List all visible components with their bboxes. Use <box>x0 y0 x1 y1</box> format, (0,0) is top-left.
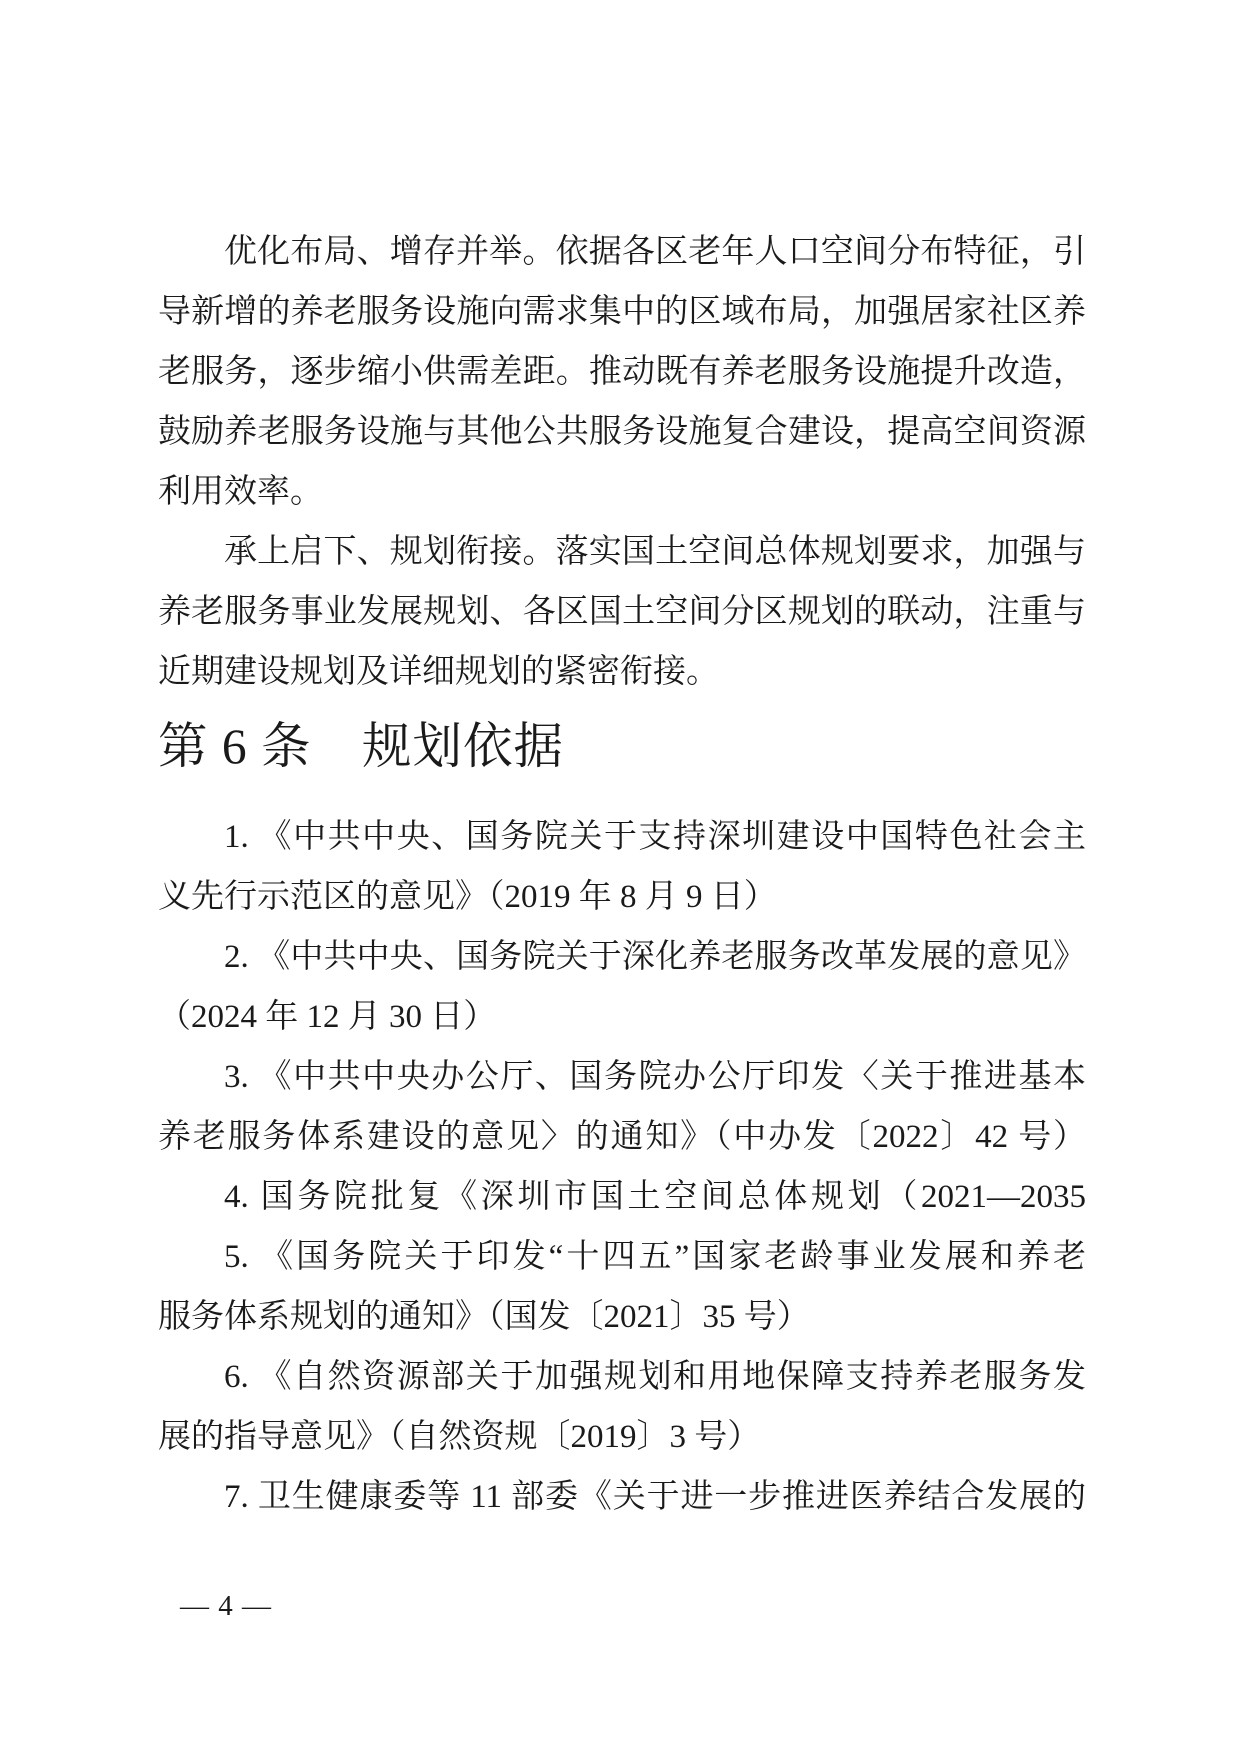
list-item-line: 义先行示范区的意见》（2019 年 8 月 9 日） <box>158 867 1086 927</box>
list-item: 1. 《中共中央、国务院关于支持深圳建设中国特色社会主 义先行示范区的意见》（2… <box>158 807 1086 927</box>
paragraph-plan-connection: 承上启下、规划衔接。落实国土空间总体规划要求，加强与 养老服务事业发展规划、各区… <box>158 522 1086 702</box>
list-item: 2. 《中共中央、国务院关于深化养老服务改革发展的意见》 （2024 年 12 … <box>158 927 1086 1047</box>
body-line: 优化布局、增存并举。依据各区老年人口空间分布特征，引 <box>158 222 1086 282</box>
list-item-line: 养老服务体系建设的意见〉的通知》（中办发〔2022〕42 号） <box>158 1107 1086 1167</box>
list-item: 4. 国务院批复《深圳市国土空间总体规划（2021—2035 年）》 <box>158 1167 1086 1227</box>
body-line: 利用效率。 <box>158 462 1086 522</box>
body-line: 导新增的养老服务设施向需求集中的区域布局，加强居家社区养 <box>158 282 1086 342</box>
list-item-line: 6. 《自然资源部关于加强规划和用地保障支持养老服务发 <box>158 1347 1086 1407</box>
body-line: 承上启下、规划衔接。落实国土空间总体规划要求，加强与 <box>158 522 1086 582</box>
legal-basis-list: 1. 《中共中央、国务院关于支持深圳建设中国特色社会主 义先行示范区的意见》（2… <box>158 807 1086 1527</box>
paragraph-optimize-layout: 优化布局、增存并举。依据各区老年人口空间分布特征，引 导新增的养老服务设施向需求… <box>158 222 1086 522</box>
section-heading-article-6: 第 6 条 规划依据 <box>158 717 1086 777</box>
list-item-line: 4. 国务院批复《深圳市国土空间总体规划（2021—2035 年）》 <box>158 1167 1086 1227</box>
list-item-line: 服务体系规划的通知》（国发〔2021〕35 号） <box>158 1287 1086 1347</box>
list-item-line: 5. 《国务院关于印发“十四五”国家老龄事业发展和养老 <box>158 1227 1086 1287</box>
body-line: 鼓励养老服务设施与其他公共服务设施复合建设，提高空间资源 <box>158 402 1086 462</box>
page-number: — 4 — <box>180 1586 272 1626</box>
body-line: 养老服务事业发展规划、各区国土空间分区规划的联动，注重与 <box>158 582 1086 642</box>
document-page: 优化布局、增存并举。依据各区老年人口空间分布特征，引 导新增的养老服务设施向需求… <box>0 0 1241 1754</box>
list-item-line: 3. 《中共中央办公厅、国务院办公厅印发〈关于推进基本 <box>158 1047 1086 1107</box>
list-item-line: （2024 年 12 月 30 日） <box>158 987 1086 1047</box>
body-line: 老服务，逐步缩小供需差距。推动既有养老服务设施提升改造， <box>158 342 1086 402</box>
page-content: 优化布局、增存并举。依据各区老年人口空间分布特征，引 导新增的养老服务设施向需求… <box>158 222 1086 1527</box>
list-item-line: 2. 《中共中央、国务院关于深化养老服务改革发展的意见》 <box>158 927 1086 987</box>
list-item-line: 7. 卫生健康委等 11 部委《关于进一步推进医养结合发展的 <box>158 1467 1086 1527</box>
list-item-line: 展的指导意见》（自然资规〔2019〕3 号） <box>158 1407 1086 1467</box>
body-line: 近期建设规划及详细规划的紧密衔接。 <box>158 642 1086 702</box>
list-item: 6. 《自然资源部关于加强规划和用地保障支持养老服务发 展的指导意见》（自然资规… <box>158 1347 1086 1467</box>
list-item: 5. 《国务院关于印发“十四五”国家老龄事业发展和养老 服务体系规划的通知》（国… <box>158 1227 1086 1347</box>
list-item: 7. 卫生健康委等 11 部委《关于进一步推进医养结合发展的 <box>158 1467 1086 1527</box>
list-item-line: 1. 《中共中央、国务院关于支持深圳建设中国特色社会主 <box>158 807 1086 867</box>
list-item: 3. 《中共中央办公厅、国务院办公厅印发〈关于推进基本 养老服务体系建设的意见〉… <box>158 1047 1086 1167</box>
